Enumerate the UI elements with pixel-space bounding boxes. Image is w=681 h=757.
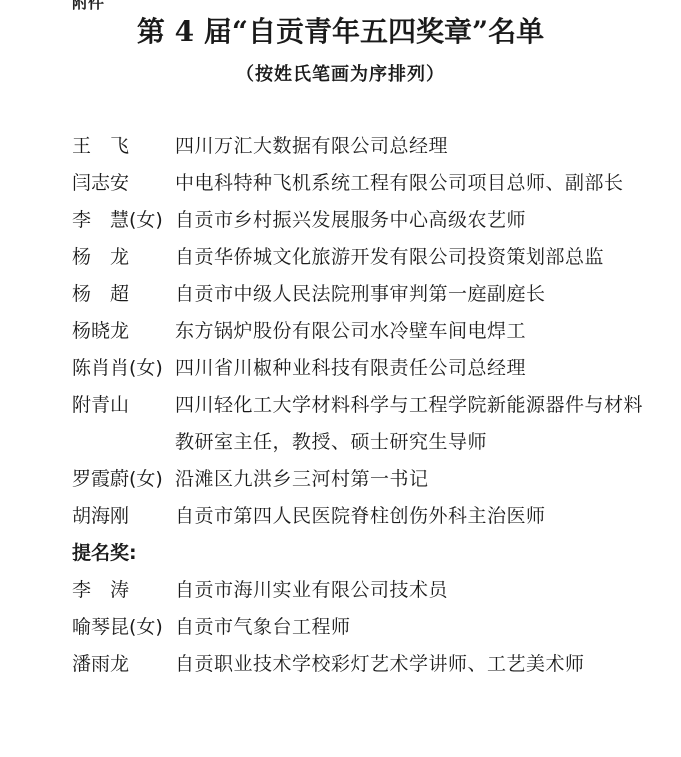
- awardee-description: 自贡市中级人民法院刑事审判第一庭副庭长: [175, 276, 662, 313]
- awardee-name: 杨 超: [72, 276, 175, 313]
- nominee-description: 自贡职业技术学校彩灯艺术学讲师、工艺美术师: [175, 646, 662, 683]
- awardee-list: 王 飞 四川万汇大数据有限公司总经理 闫志安 中电科特种飞机系统工程有限公司项目…: [72, 128, 662, 683]
- awardee-description: 四川轻化工大学材料科学与工程学院新能源器件与材料教研室主任，教授、硕士研究生导师: [175, 387, 662, 461]
- list-item: 罗霞蔚(女) 沿滩区九洪乡三河村第一书记: [72, 461, 662, 498]
- awardee-name: 附青山: [72, 387, 175, 424]
- list-item: 王 飞 四川万汇大数据有限公司总经理: [72, 128, 662, 165]
- list-item: 杨晓龙 东方锅炉股份有限公司水冷壁车间电焊工: [72, 313, 662, 350]
- nominee-name: 潘雨龙: [72, 646, 175, 683]
- document-subtitle: （按姓氏笔画为序排列）: [0, 60, 681, 86]
- list-item: 附青山 四川轻化工大学材料科学与工程学院新能源器件与材料教研室主任，教授、硕士研…: [72, 387, 662, 461]
- nomination-heading: 提名奖:: [72, 535, 662, 572]
- awardee-name: 罗霞蔚(女): [72, 461, 175, 498]
- nominee-name: 喻琴昆(女): [72, 609, 175, 646]
- awardee-name: 王 飞: [72, 128, 175, 165]
- list-item: 李 涛 自贡市海川实业有限公司技术员: [72, 572, 662, 609]
- awardee-name: 胡海刚: [72, 498, 175, 535]
- list-item: 杨 龙 自贡华侨城文化旅游开发有限公司投资策划部总监: [72, 239, 662, 276]
- awardee-description: 东方锅炉股份有限公司水冷壁车间电焊工: [175, 313, 662, 350]
- awardee-description: 自贡市乡村振兴发展服务中心高级农艺师: [175, 202, 662, 239]
- awardee-name: 杨晓龙: [72, 313, 175, 350]
- awardee-name: 闫志安: [72, 165, 175, 202]
- list-item: 潘雨龙 自贡职业技术学校彩灯艺术学讲师、工艺美术师: [72, 646, 662, 683]
- nominee-name: 李 涛: [72, 572, 175, 609]
- list-item: 喻琴昆(女) 自贡市气象台工程师: [72, 609, 662, 646]
- list-item: 胡海刚 自贡市第四人民医院脊柱创伤外科主治医师: [72, 498, 662, 535]
- awardee-name: 杨 龙: [72, 239, 175, 276]
- awardee-name: 陈肖肖(女): [72, 350, 175, 387]
- list-item: 闫志安 中电科特种飞机系统工程有限公司项目总师、副部长: [72, 165, 662, 202]
- awardee-description: 沿滩区九洪乡三河村第一书记: [175, 461, 662, 498]
- awardee-description: 四川省川椒种业科技有限责任公司总经理: [175, 350, 662, 387]
- awardee-description: 自贡市第四人民医院脊柱创伤外科主治医师: [175, 498, 662, 535]
- awardee-description: 自贡华侨城文化旅游开发有限公司投资策划部总监: [175, 239, 662, 276]
- awardee-name: 李 慧(女): [72, 202, 175, 239]
- nominee-description: 自贡市气象台工程师: [175, 609, 662, 646]
- list-item: 杨 超 自贡市中级人民法院刑事审判第一庭副庭长: [72, 276, 662, 313]
- awardee-description: 中电科特种飞机系统工程有限公司项目总师、副部长: [175, 165, 662, 202]
- list-item: 陈肖肖(女) 四川省川椒种业科技有限责任公司总经理: [72, 350, 662, 387]
- document-title: 第 4 届“自贡青年五四奖章”名单: [0, 10, 681, 50]
- list-item: 李 慧(女) 自贡市乡村振兴发展服务中心高级农艺师: [72, 202, 662, 239]
- nominee-description: 自贡市海川实业有限公司技术员: [175, 572, 662, 609]
- awardee-description: 四川万汇大数据有限公司总经理: [175, 128, 662, 165]
